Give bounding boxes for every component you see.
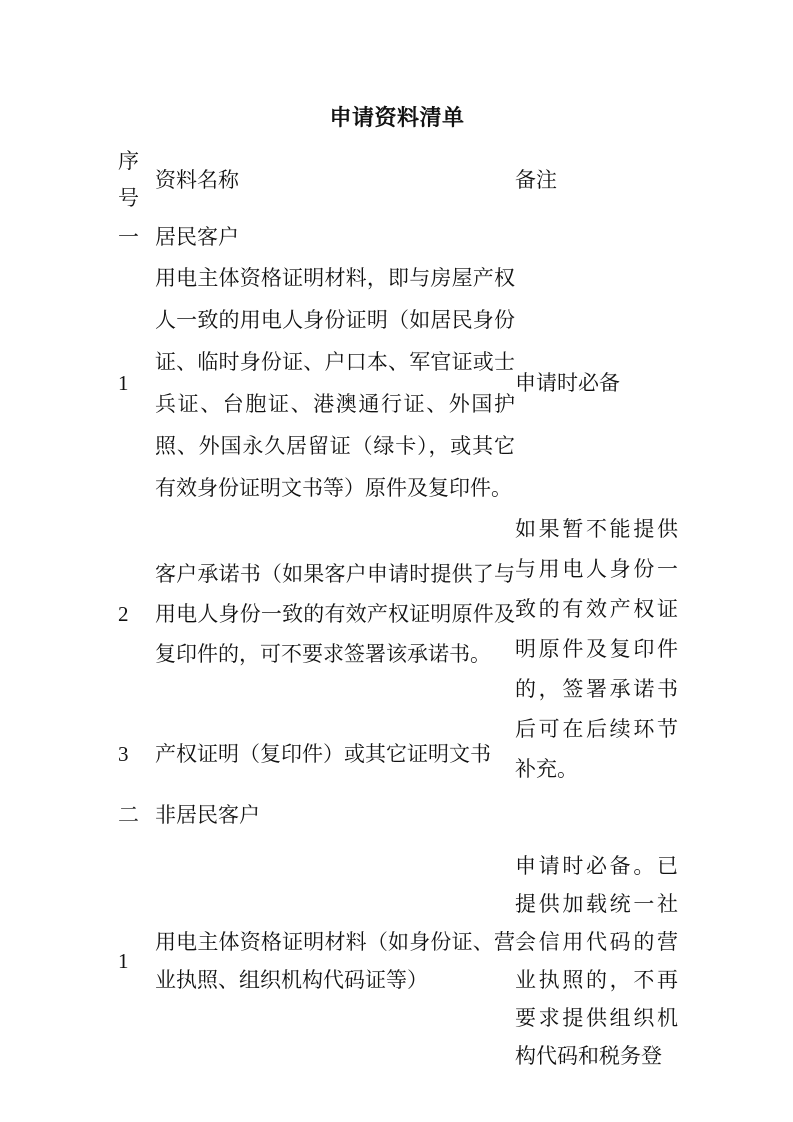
serial-cell: 2	[118, 509, 155, 719]
name-cell: 产权证明（复印件）或其它证明文书	[155, 719, 515, 789]
serial-cell: 1	[118, 847, 155, 1075]
name-cell: 居民客户	[155, 217, 515, 257]
remark-cell: 申请时必备。已提供加载统一社会信用代码的营业执照的，不再要求提供组织机构代码和税…	[515, 847, 698, 1075]
remark-cell	[515, 217, 698, 257]
remark-cell-merged: 如果暂不能提供与用电人身份一致的有效产权证明原件及复印件的，签署承诺书后可在后续…	[515, 509, 698, 789]
name-cell: 用电主体资格证明材料，即与房屋产权人一致的用电人身份证明（如居民身份证、临时身份…	[155, 257, 515, 509]
table-row-resident-2: 2 客户承诺书（如果客户申请时提供了与用电人身份一致的有效产权证明原件及复印件的…	[118, 509, 698, 719]
document-content: 申请资料清单 序号 资料名称 备注 一 居民客户 1 用电主体资格证明材料，即与…	[0, 0, 793, 1075]
remark-cell	[515, 789, 698, 847]
serial-cell: 一	[118, 217, 155, 257]
table-row-section-resident: 一 居民客户	[118, 217, 698, 257]
name-cell: 用电主体资格证明材料（如身份证、营业执照、组织机构代码证等）	[155, 847, 515, 1075]
document-page: 申请资料清单 序号 资料名称 备注 一 居民客户 1 用电主体资格证明材料，即与…	[0, 0, 793, 1122]
materials-table: 序号 资料名称 备注 一 居民客户 1 用电主体资格证明材料，即与房屋产权人一致…	[118, 143, 698, 1075]
table-header-row: 序号 资料名称 备注	[118, 143, 698, 217]
serial-cell: 1	[118, 257, 155, 509]
name-cell: 客户承诺书（如果客户申请时提供了与用电人身份一致的有效产权证明原件及复印件的，可…	[155, 509, 515, 719]
table-row-nonresident-1: 1 用电主体资格证明材料（如身份证、营业执照、组织机构代码证等） 申请时必备。已…	[118, 847, 698, 1075]
column-header-serial: 序号	[118, 143, 155, 217]
column-header-remark: 备注	[515, 143, 698, 217]
table-row-resident-1: 1 用电主体资格证明材料，即与房屋产权人一致的用电人身份证明（如居民身份证、临时…	[118, 257, 698, 509]
name-cell: 非居民客户	[155, 789, 515, 847]
document-title: 申请资料清单	[107, 104, 687, 132]
column-header-name: 资料名称	[155, 143, 515, 217]
remark-cell: 申请时必备	[515, 257, 698, 509]
serial-cell: 二	[118, 789, 155, 847]
table-row-section-nonresident: 二 非居民客户	[118, 789, 698, 847]
serial-cell: 3	[118, 719, 155, 789]
